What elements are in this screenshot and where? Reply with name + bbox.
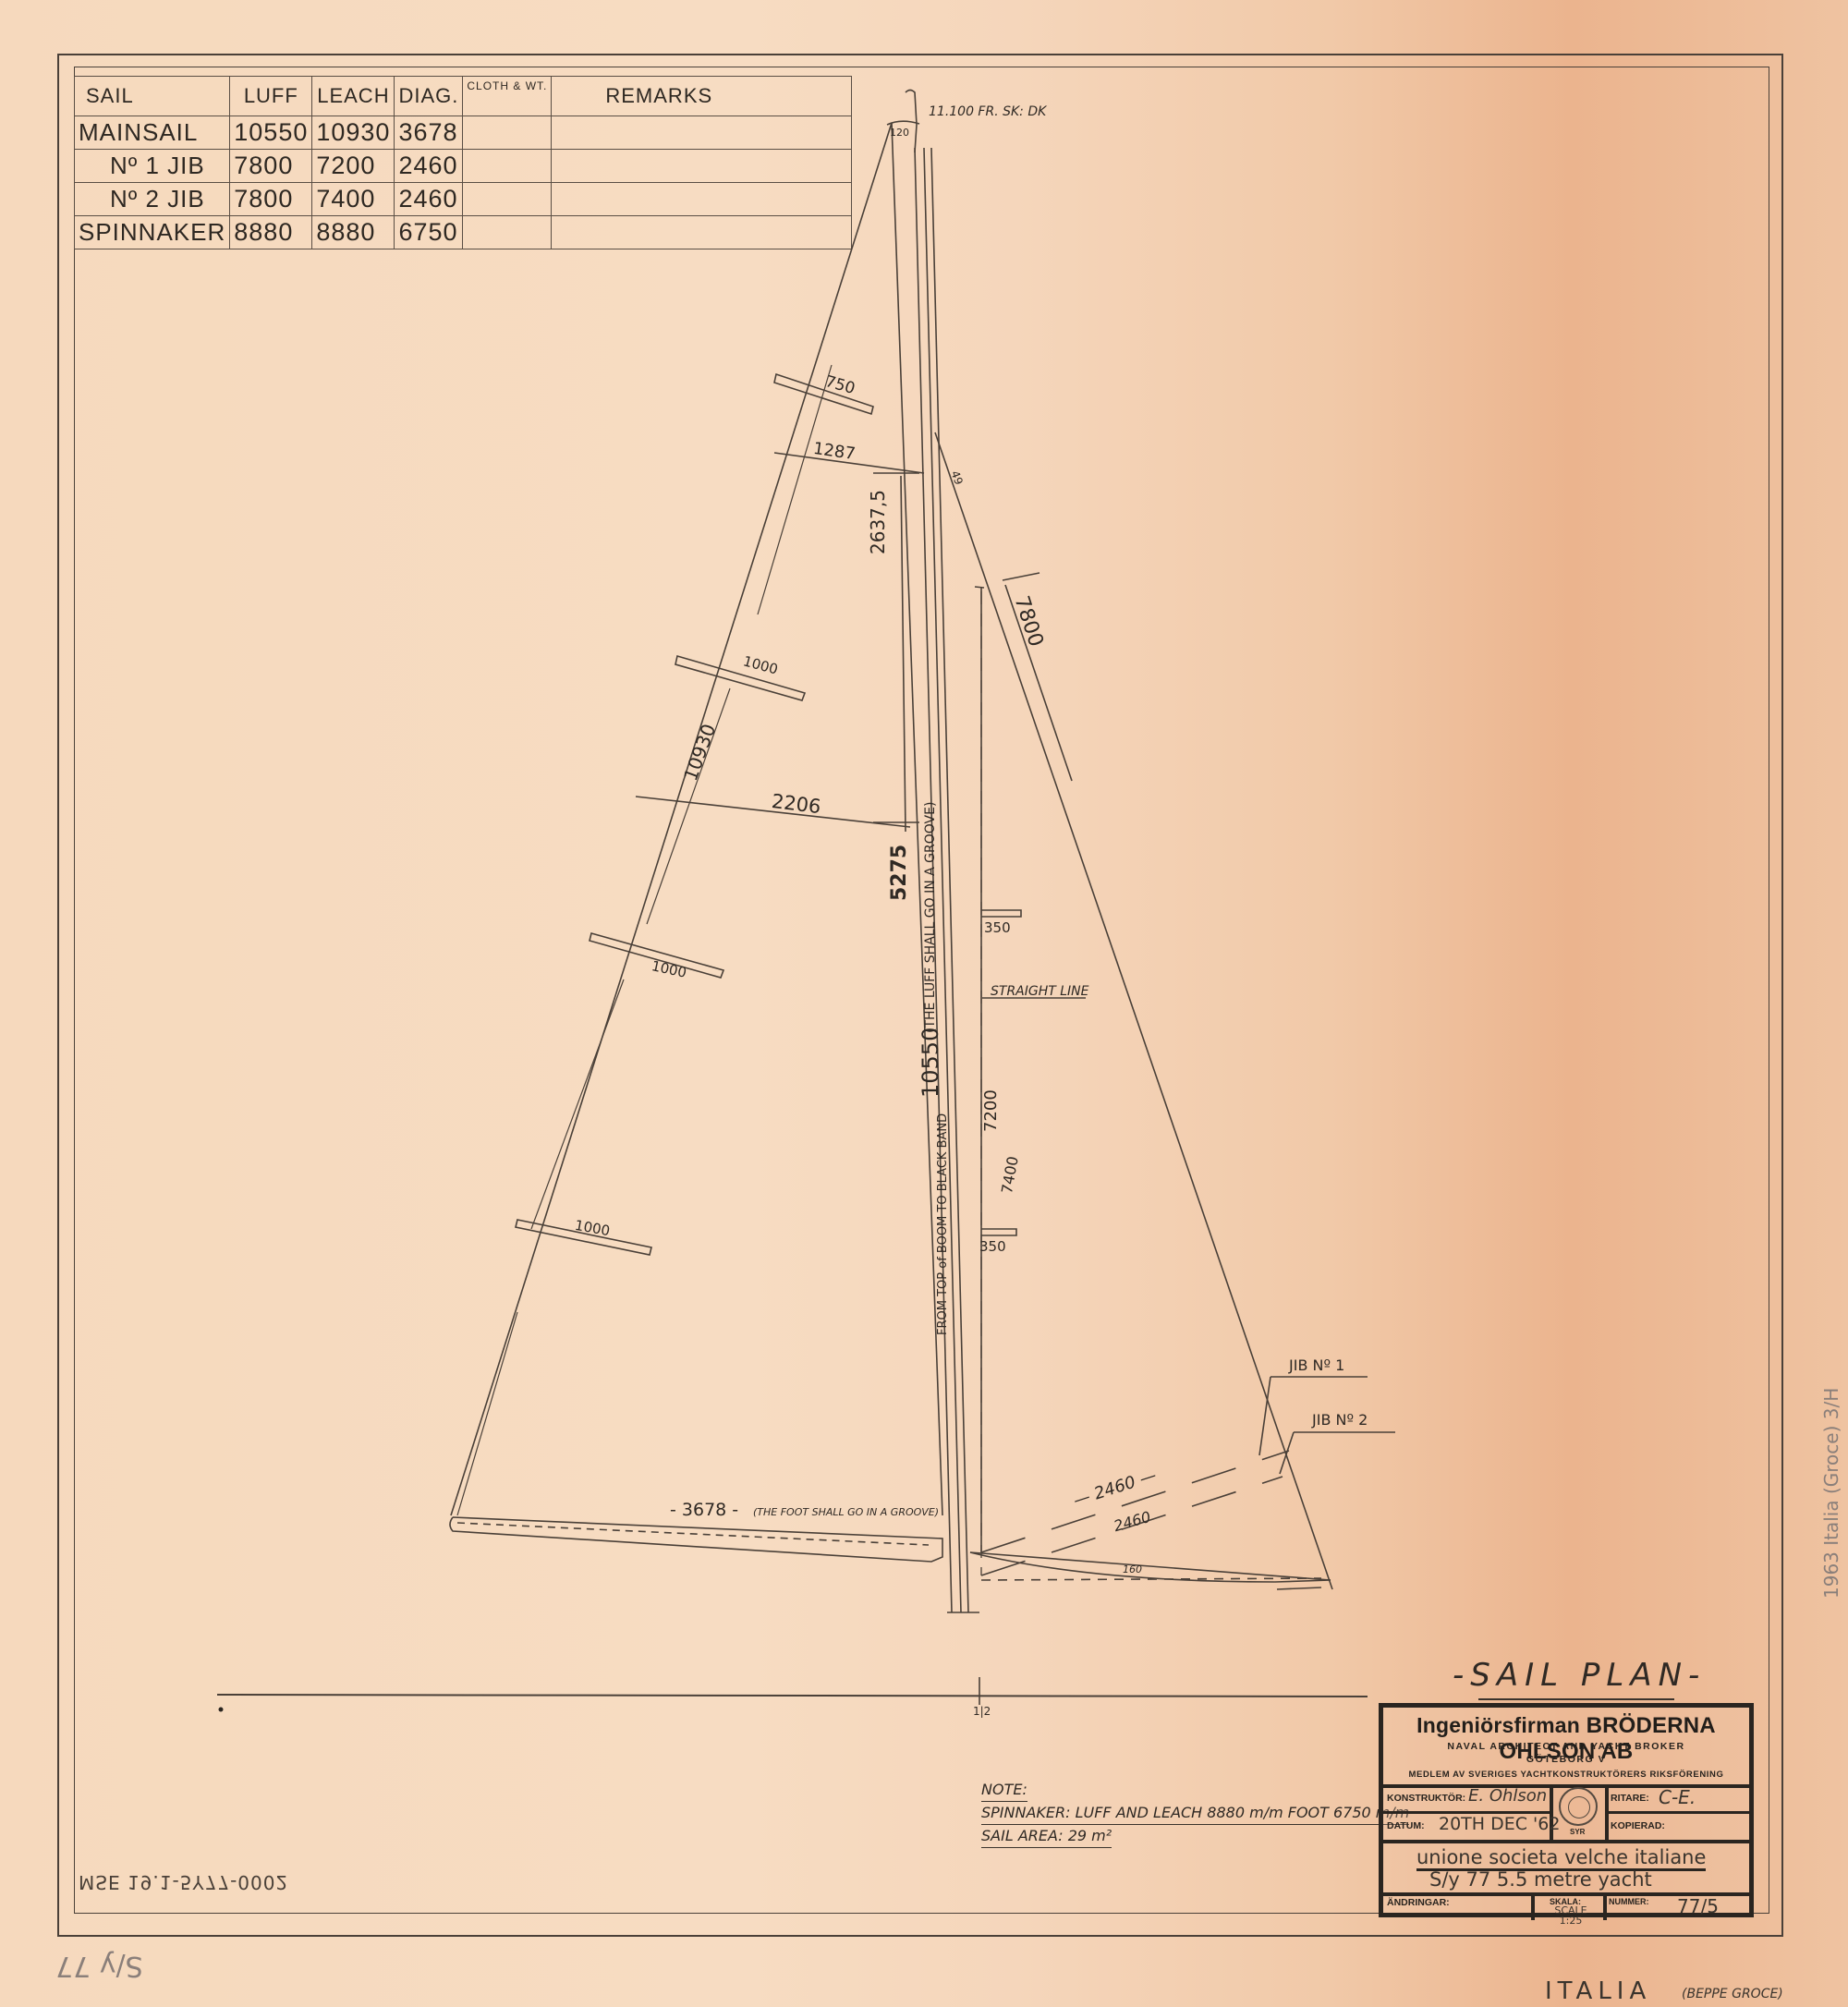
jib-1-label: JIB Nº 1 bbox=[1289, 1356, 1344, 1374]
drawing-number: 77/5 bbox=[1677, 1895, 1719, 1917]
company-tagline: NAVAL ARCHITECT AND YACHT BROKER bbox=[1383, 1741, 1749, 1752]
jib-batten-lower bbox=[981, 1229, 1016, 1235]
luff-groove-note: (THE LUFF SHALL GO IN A GROOVE) bbox=[923, 802, 938, 1033]
konstruktor-label: KONSTRUKTÖR: bbox=[1387, 1793, 1465, 1804]
waterline-base bbox=[217, 1695, 1368, 1697]
datum-value: 20TH DEC '62 bbox=[1439, 1814, 1560, 1834]
jib-batten-upper bbox=[981, 910, 1021, 917]
note-spinnaker: SPINNAKER: LUFF AND LEACH 8880 m/m FOOT … bbox=[981, 1802, 1409, 1825]
title-block: Ingeniörsfirman BRÖDERNA OHLSON AB NAVAL… bbox=[1379, 1703, 1754, 1917]
batten-1 bbox=[774, 374, 873, 414]
bottom-right-note: ITALIA bbox=[1545, 1977, 1651, 2005]
andringar-label: ÄNDRINGAR: bbox=[1387, 1897, 1450, 1908]
right-margin-note: 1963 Italia (Groce) 3/H bbox=[1820, 1388, 1842, 1599]
ritare-value: C-E. bbox=[1659, 1786, 1696, 1808]
jib-foot-line bbox=[970, 1552, 1331, 1580]
company-prefix: Ingeniörsfirman bbox=[1416, 1713, 1580, 1737]
nummer-label: NUMMER: bbox=[1609, 1897, 1649, 1906]
mid-height-dimension: 5275 bbox=[888, 845, 911, 901]
centerline-mark: 1|2 bbox=[973, 1705, 991, 1718]
jib-batten-lower-length: 350 bbox=[979, 1238, 1006, 1255]
drawing-notes: NOTE: SPINNAKER: LUFF AND LEACH 8880 m/m… bbox=[981, 1779, 1409, 1848]
masthead-note: 11.100 FR. SK: DK bbox=[929, 104, 1046, 119]
ritare-label: RITARE: bbox=[1611, 1793, 1649, 1804]
datum-label: DATUM: bbox=[1387, 1820, 1425, 1831]
jib-forestay-line bbox=[935, 432, 1332, 1589]
straight-line-label: STRAIGHT LINE bbox=[991, 984, 1089, 999]
boom bbox=[450, 1517, 942, 1562]
vessel-name: S/y 77 5.5 metre yacht bbox=[1429, 1868, 1652, 1891]
skala-value: SCALE 1:25 bbox=[1542, 1905, 1599, 1926]
company-membership: MEDLEM AV SVERIGES YACHTKONSTRUKTÖRERS R… bbox=[1383, 1770, 1749, 1780]
note-heading: NOTE: bbox=[981, 1779, 1027, 1802]
company-city: GÖTEBORG V bbox=[1383, 1754, 1749, 1765]
jib-leach-1-dimension: 7200 bbox=[981, 1089, 1001, 1132]
plan-title: -SAIL PLAN- bbox=[1453, 1657, 1706, 1694]
seal-text: SYR bbox=[1570, 1828, 1585, 1836]
plan-title-underline bbox=[1478, 1698, 1674, 1700]
archive-code-mirrored: MSE 19.1-5Y77-0002 bbox=[79, 1871, 288, 1893]
masthead-dimension: 120 bbox=[890, 127, 909, 139]
luff-band-note: FROM TOP of BOOM TO BLACK BAND bbox=[936, 1113, 950, 1335]
upper-height-dimension: 2637,5 bbox=[867, 490, 889, 554]
foot-groove-note: (THE FOOT SHALL GO IN A GROOVE) bbox=[753, 1506, 939, 1518]
bottom-right-paren: (BEPPE GROCE) bbox=[1682, 1987, 1783, 2001]
corner-note: S/y 77 bbox=[55, 1950, 143, 1982]
mainsail-leech-line bbox=[451, 123, 892, 1515]
batten-2 bbox=[675, 656, 805, 700]
jib-batten-upper-length: 350 bbox=[984, 919, 1011, 936]
konstruktor-value: E. Ohlson bbox=[1468, 1786, 1547, 1806]
note-sail-area: SAIL AREA: 29 m² bbox=[981, 1825, 1112, 1848]
association-seal-icon bbox=[1559, 1787, 1598, 1826]
client-name: unione societa velche italiane bbox=[1416, 1846, 1706, 1871]
kopierad-label: KOPIERAD: bbox=[1611, 1820, 1665, 1831]
jib-foot-round: 160 bbox=[1123, 1563, 1142, 1575]
luff-main-dimension: 10550 bbox=[918, 1028, 943, 1098]
foot-main-dimension: - 3678 - bbox=[670, 1500, 738, 1520]
jib-2-label: JIB Nº 2 bbox=[1312, 1411, 1368, 1429]
